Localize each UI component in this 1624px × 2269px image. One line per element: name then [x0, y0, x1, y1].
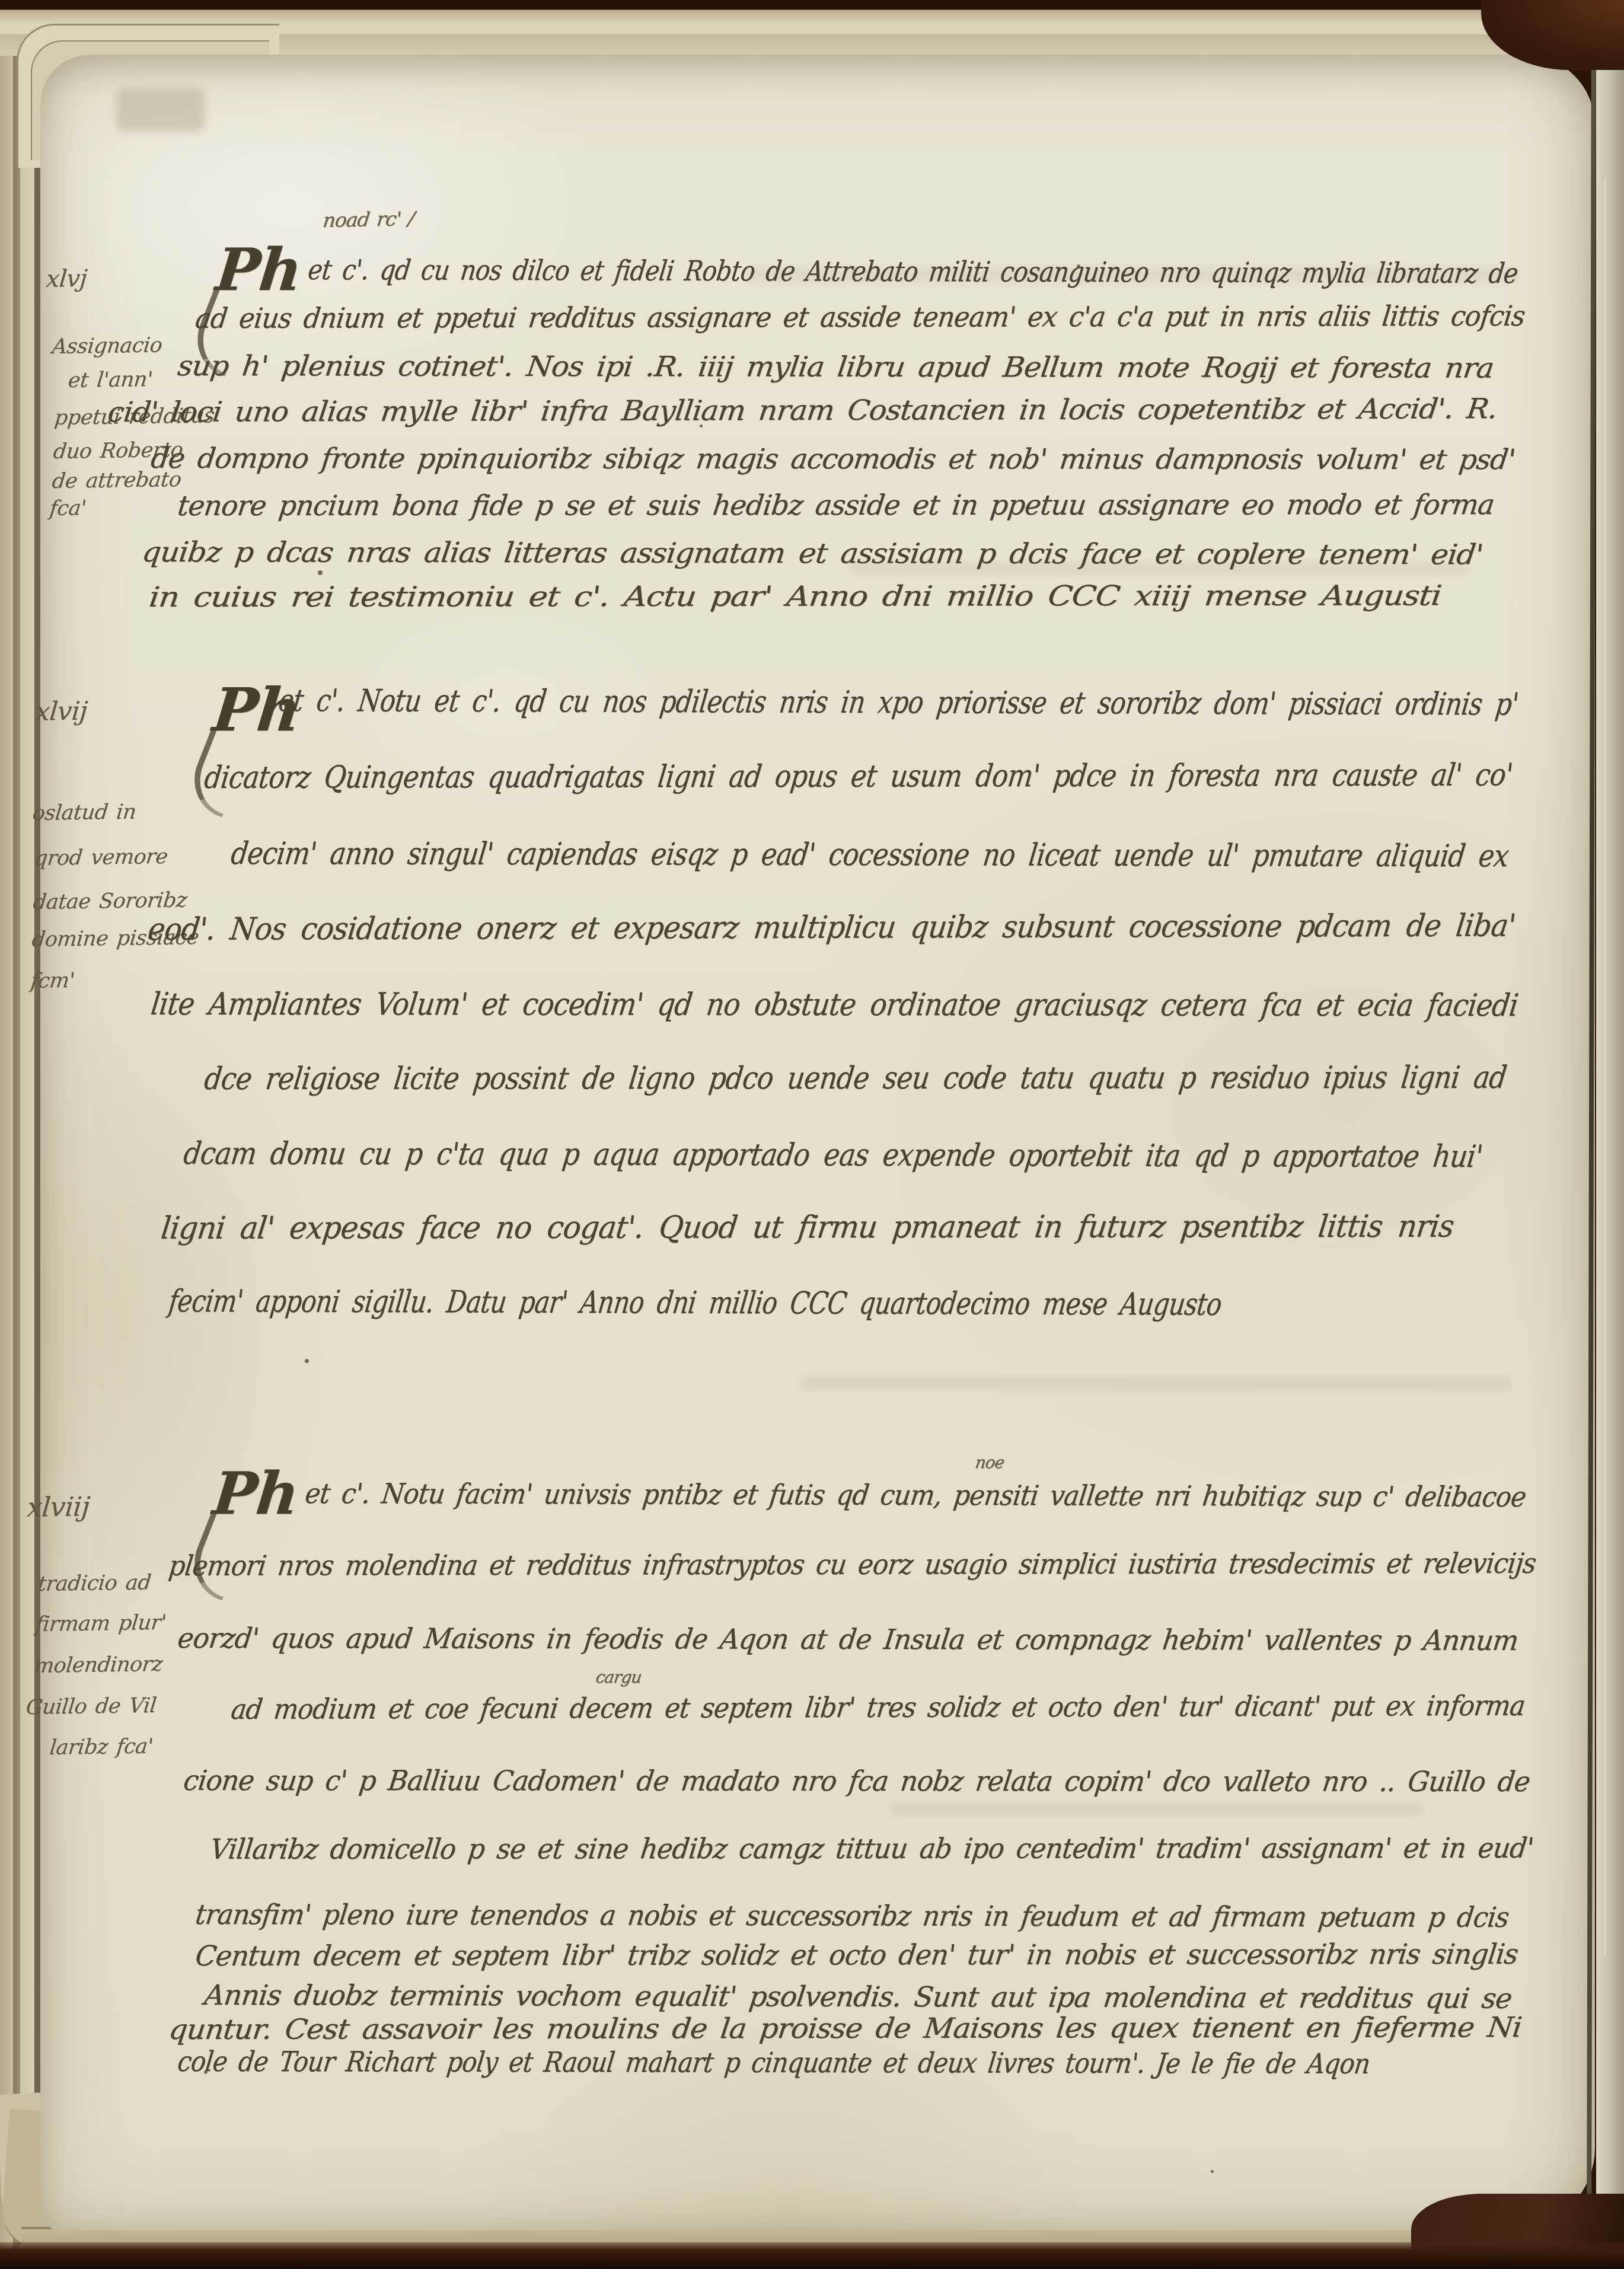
margin-note-line: datae Sororibz	[32, 888, 188, 914]
ink-speck	[204, 2070, 208, 2074]
entry-line: cione sup c' p Balliuu Cadomen' de madat…	[182, 1764, 1532, 1798]
handwriting-layer: xlvjAssignacioet l'ann'ppetui redditusdu…	[0, 0, 1624, 2269]
entry-line: ad eius dnium et ppetui redditus assigna…	[194, 300, 1527, 335]
entry-line: decim' anno singul' capiendas eisqz p ea…	[229, 836, 1510, 874]
entry-line: tenore pncium bona fide p se et suis hed…	[176, 489, 1496, 522]
margin-note-line: firmam plur'	[34, 1611, 167, 1636]
margin-note-line: oslatud in	[31, 800, 138, 825]
ink-speck	[700, 425, 703, 427]
margin-note-line: laribz fca'	[49, 1735, 154, 1760]
entry-line: eorzd' quos apud Maisons in feodis de Aq…	[176, 1622, 1520, 1657]
entry-line: transfim' pleno iure tenendos a nobis et…	[194, 1898, 1511, 1934]
entry-line: et c'. qd cu nos dilco et fideli Robto d…	[307, 254, 1520, 290]
margin-note-line: Guillo de Vil	[25, 1694, 158, 1719]
margin-note-line: fcm'	[30, 969, 76, 993]
entry-line: cole de Tour Richart poly et Raoul mahar…	[176, 2045, 1372, 2080]
interlinear-note: noad rc' /	[322, 207, 416, 232]
ink-speck	[1077, 264, 1080, 268]
entry-line: Annis duobz terminis vochom equalit' pso…	[203, 1979, 1514, 2015]
margin-note-line: Assignacio	[51, 333, 164, 359]
margin-note-line: et l'ann'	[67, 368, 154, 392]
entry-line: quntur. Cest assavoir les moulins de la …	[167, 2011, 1524, 2046]
ink-speck	[318, 570, 323, 575]
entry-number: xlviij	[26, 1491, 91, 1523]
entry-line: dcam domu cu p c'ta qua p aqua apportado…	[181, 1136, 1484, 1175]
entry-line: plemori nros molendina et redditus infra…	[167, 1547, 1538, 1582]
entry-line: et c'. Notu facim' univsis pntibz et fut…	[304, 1477, 1528, 1514]
entry-line: de dompno fronte ppinquioribz sibiqz mag…	[149, 442, 1517, 476]
entry-line: in cuius rei testimoniu et c'. Actu par'…	[148, 579, 1443, 614]
entry-line: ad modium et coe fecuni decem et septem …	[229, 1690, 1527, 1726]
entry-initial: Ph	[210, 1460, 302, 1528]
entry-line: Centum decem et septem libr' tribz solid…	[194, 1938, 1520, 1973]
margin-note-line: tradicio ad	[37, 1571, 152, 1596]
entry-line: ligni al' expesas face no cogat'. Quod u…	[159, 1209, 1456, 1246]
interlinear-note: noe	[974, 1453, 1006, 1472]
margin-note-line: fca'	[49, 496, 87, 521]
ink-speck	[305, 1359, 309, 1363]
ink-speck	[1211, 2170, 1214, 2173]
margin-note-line: qrod vemore	[33, 845, 169, 870]
entry-line: sup h' plenius cotinet'. Nos ipi .R. iii…	[176, 350, 1496, 385]
entry-line: eod'. Nos cosidatione onerz et expesarz …	[146, 908, 1517, 947]
entry-line: dce religiose licite possint de ligno pd…	[202, 1060, 1508, 1097]
entry-line: Villaribz domicello p se et sine hedibz …	[209, 1832, 1535, 1866]
entry-line: lite Ampliantes Volum' et cocedim' qd no…	[149, 987, 1520, 1023]
entry-initial: Ph	[213, 236, 305, 304]
entry-line: et c'. Notu et c'. qd cu nos pdilectis n…	[276, 683, 1520, 723]
entry-line: quibz p dcas nras alias litteras assigna…	[141, 536, 1485, 571]
manuscript-photo: xlvjAssignacioet l'ann'ppetui redditusdu…	[0, 0, 1624, 2269]
margin-note-line: molendinorz	[33, 1652, 164, 1678]
entry-number: xlvj	[45, 265, 88, 293]
entry-number: xlvij	[34, 696, 88, 727]
entry-line: cid' loci uno alias mylle libr' infra Ba…	[106, 392, 1499, 429]
entry-line: dicatorz Quingentas quadrigatas ligni ad…	[202, 758, 1514, 796]
interlinear-note: cargu	[595, 1667, 643, 1687]
entry-line: fecim' apponi sigillu. Datu par' Anno dn…	[167, 1284, 1223, 1323]
